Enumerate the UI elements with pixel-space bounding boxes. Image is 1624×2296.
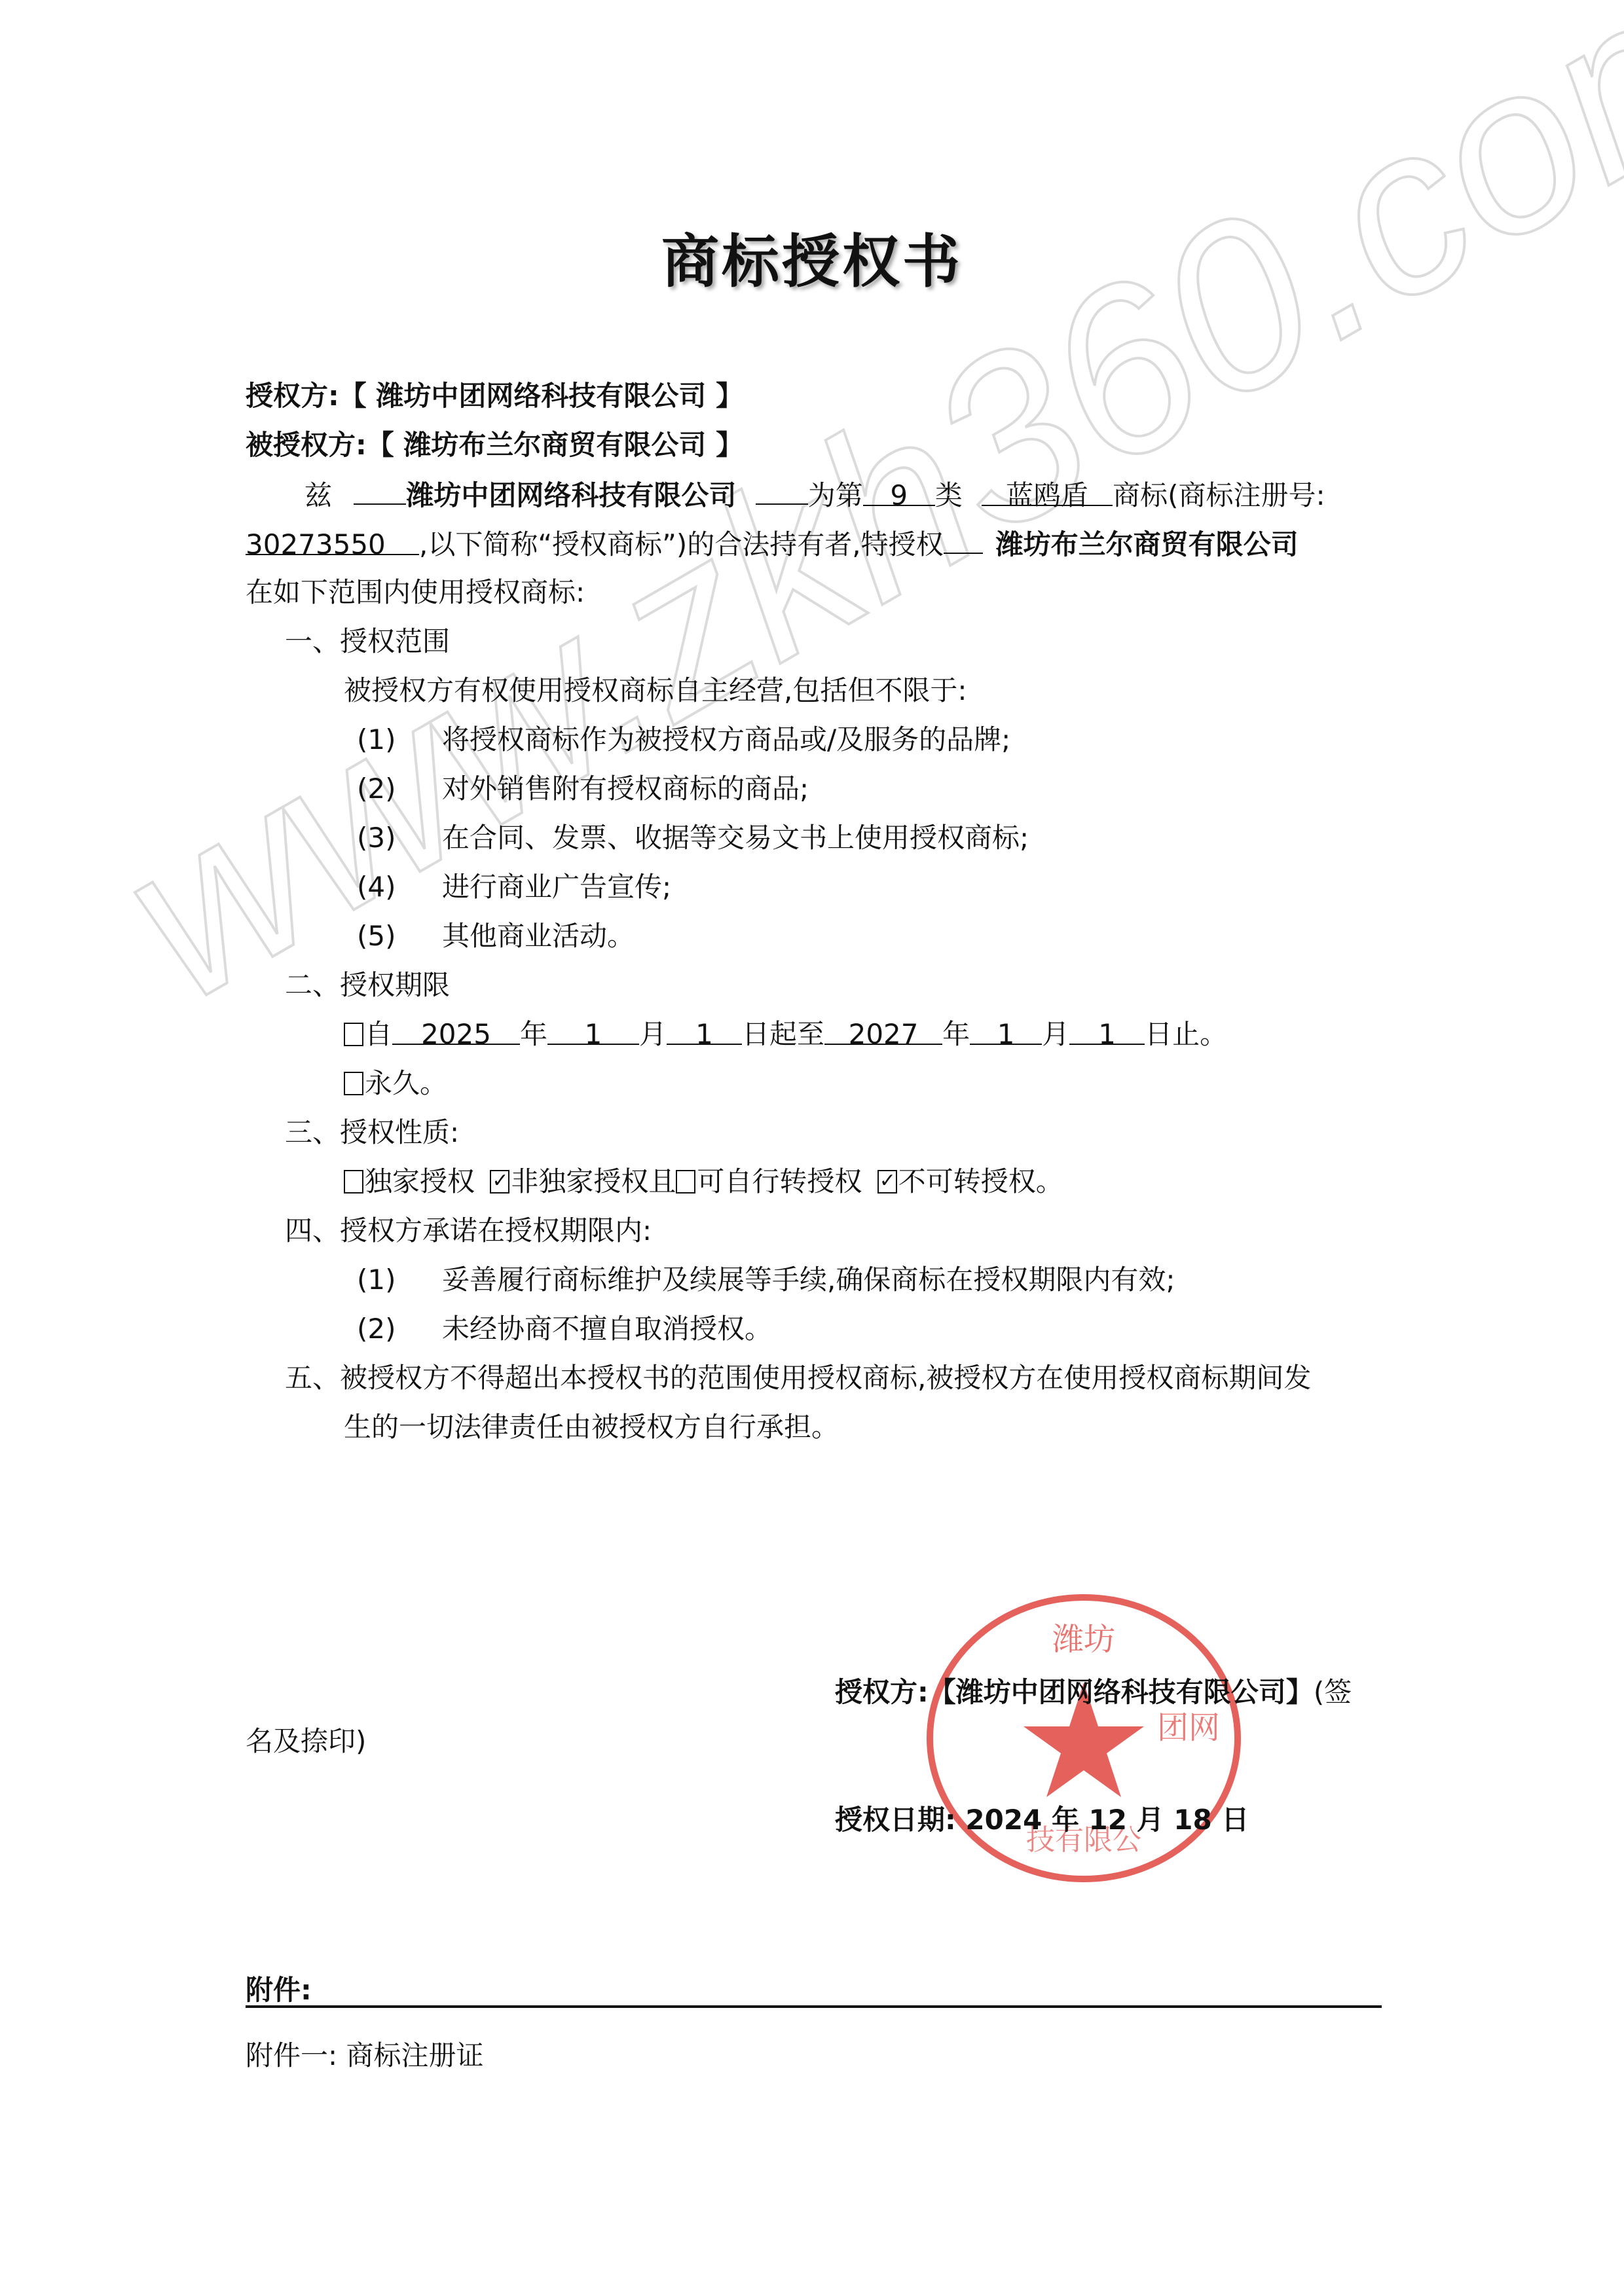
blank bbox=[354, 475, 406, 505]
year-label: 年 bbox=[520, 1018, 547, 1050]
licensee-line: 被授权方:【 潍坊布兰尔商贸有限公司 】 bbox=[246, 426, 743, 465]
licensor-name: 潍坊中团网络科技有限公司 bbox=[376, 380, 706, 412]
intro-mid-text: ,以下简称“授权商标”)的合法持有者,特授权 bbox=[419, 528, 944, 560]
company-seal-icon: 潍坊 团网 技有限公 bbox=[920, 1588, 1247, 1889]
term-dated-checkbox[interactable] bbox=[344, 1023, 363, 1046]
item-number: (2) bbox=[357, 1309, 442, 1349]
section-scope-heading: 一、授权范围 bbox=[285, 622, 450, 661]
section-commitments-heading: 四、授权方承诺在授权期限内: bbox=[285, 1211, 652, 1250]
signature-date-line: 授权日期: 2024 年 12 月 18 日 bbox=[835, 1800, 1249, 1840]
svg-text:潍坊: 潍坊 bbox=[1052, 1621, 1115, 1658]
attachments-heading: 附件: bbox=[246, 1971, 312, 2010]
sublicensable-checkbox[interactable] bbox=[676, 1170, 695, 1194]
signature-date-value: 2024 年 12 月 18 日 bbox=[965, 1804, 1249, 1836]
intro-prefix: 兹 bbox=[304, 479, 332, 511]
intro-owner: 潍坊中团网络科技有限公司 bbox=[406, 479, 736, 511]
page-title: 商标授权书 bbox=[0, 216, 1624, 299]
section-liability-line-2: 生的一切法律责任由被授权方自行承担。 bbox=[344, 1408, 839, 1447]
end-month-field: 1 bbox=[970, 1015, 1042, 1045]
intro-class-suffix: 类 bbox=[935, 479, 963, 511]
month-label: 月 bbox=[1042, 1018, 1069, 1050]
from-day-label: 日起至 bbox=[742, 1018, 824, 1050]
term-dated-option: 自2025年1月1日起至2027年1月1日止。 bbox=[344, 1015, 1227, 1054]
section-liability-line-1: 五、被授权方不得超出本授权书的范围使用授权商标,被授权方在使用授权商标期间发 bbox=[285, 1358, 1311, 1398]
class-number-field: 9 bbox=[863, 476, 935, 506]
signature-licensor-name: 【潍坊中团网络科技有限公司】 bbox=[929, 1676, 1314, 1708]
licensor-bracket-close: 】 bbox=[716, 380, 743, 412]
blank bbox=[756, 475, 808, 505]
licensor-line: 授权方:【 潍坊中团网络科技有限公司 】 bbox=[246, 376, 743, 416]
signature-licensor-label: 授权方: bbox=[835, 1676, 929, 1708]
intro-line-3: 在如下范围内使用授权商标: bbox=[246, 573, 585, 612]
intro-trademark-label: 商标(商标注册号: bbox=[1113, 479, 1325, 511]
exclusive-label: 独家授权 bbox=[365, 1165, 475, 1197]
item-text: 其他商业活动。 bbox=[442, 920, 635, 952]
term-permanent-checkbox[interactable] bbox=[344, 1072, 363, 1095]
term-from-label: 自 bbox=[365, 1018, 392, 1050]
sign-note-end: 名及捺印) bbox=[246, 1722, 366, 1761]
licensee-name: 潍坊布兰尔商贸有限公司 bbox=[403, 429, 706, 461]
non-exclusive-checkbox[interactable] bbox=[490, 1170, 509, 1194]
item-number: (1) bbox=[357, 720, 442, 759]
intro-for-class: 为第 bbox=[808, 479, 863, 511]
signature-date-label: 授权日期: bbox=[835, 1804, 956, 1836]
non-exclusive-label: 非独家授权且 bbox=[511, 1165, 676, 1197]
commitment-item: (2)未经协商不擅自取消授权。 bbox=[357, 1309, 772, 1349]
item-text: 妥善履行商标维护及续展等手续,确保商标在授权期限内有效; bbox=[442, 1264, 1175, 1296]
non-sublicensable-checkbox[interactable] bbox=[877, 1170, 897, 1194]
item-number: (1) bbox=[357, 1260, 442, 1300]
section-scope-intro: 被授权方有权使用授权商标自主经营,包括但不限于: bbox=[344, 671, 967, 710]
intro-line-2: 30273550,以下简称“授权商标”)的合法持有者,特授权潍坊布兰尔商贸有限公… bbox=[246, 524, 1299, 564]
intro-line-1: 兹 潍坊中团网络科技有限公司 为第9类 蓝鸥盾商标(商标注册号: bbox=[304, 475, 1325, 515]
signature-licensor-line: 授权方:【潍坊中团网络科技有限公司】(签 bbox=[835, 1673, 1352, 1712]
year-label: 年 bbox=[942, 1018, 970, 1050]
item-number: (2) bbox=[357, 769, 442, 809]
month-label: 月 bbox=[639, 1018, 667, 1050]
scope-item: (5)其他商业活动。 bbox=[357, 917, 635, 956]
commitment-item: (1)妥善履行商标维护及续展等手续,确保商标在授权期限内有效; bbox=[357, 1260, 1175, 1300]
item-number: (4) bbox=[357, 867, 442, 907]
licensor-label: 授权方:【 bbox=[246, 380, 367, 412]
licensee-label: 被授权方:【 bbox=[246, 429, 394, 461]
non-sublicensable-label: 不可转授权。 bbox=[898, 1165, 1063, 1197]
term-permanent-option: 永久。 bbox=[344, 1064, 447, 1103]
sublicensable-label: 可自行转授权 bbox=[697, 1165, 862, 1197]
intro-licensee: 潍坊布兰尔商贸有限公司 bbox=[996, 528, 1299, 560]
section-nature-heading: 三、授权性质: bbox=[285, 1113, 459, 1152]
sign-note-start: (签 bbox=[1314, 1676, 1352, 1708]
section-term-heading: 二、授权期限 bbox=[285, 966, 450, 1005]
item-text: 在合同、发票、收据等交易文书上使用授权商标; bbox=[442, 822, 1029, 854]
end-label: 日止。 bbox=[1145, 1018, 1227, 1050]
item-number: (3) bbox=[357, 818, 442, 858]
svg-text:团网: 团网 bbox=[1157, 1709, 1220, 1746]
scope-item: (3)在合同、发票、收据等交易文书上使用授权商标; bbox=[357, 818, 1029, 858]
scope-item: (4)进行商业广告宣传; bbox=[357, 867, 671, 907]
end-year-field: 2027 bbox=[824, 1015, 942, 1045]
blank bbox=[944, 524, 983, 554]
end-day-field: 1 bbox=[1069, 1015, 1145, 1045]
scope-item: (2)对外销售附有授权商标的商品; bbox=[357, 769, 809, 809]
attachments-divider bbox=[246, 2005, 1382, 2008]
exclusive-checkbox[interactable] bbox=[344, 1170, 363, 1194]
item-text: 对外销售附有授权商标的商品; bbox=[442, 773, 809, 805]
attachment-item: 附件一: 商标注册证 bbox=[246, 2036, 484, 2075]
licensee-bracket-close: 】 bbox=[716, 429, 743, 461]
start-month-field: 1 bbox=[547, 1015, 639, 1045]
start-day-field: 1 bbox=[667, 1015, 742, 1045]
scope-item: (1)将授权商标作为被授权方商品或/及服务的品牌; bbox=[357, 720, 1010, 759]
document-page: www.zkh360.com 商标授权书 授权方:【 潍坊中团网络科技有限公司 … bbox=[0, 0, 1624, 2296]
start-year-field: 2025 bbox=[392, 1015, 520, 1045]
item-text: 未经协商不擅自取消授权。 bbox=[442, 1313, 772, 1345]
registration-number-field: 30273550 bbox=[246, 525, 419, 555]
nature-options: 独家授权 非独家授权且可自行转授权 不可转授权。 bbox=[344, 1162, 1063, 1201]
permanent-label: 永久。 bbox=[365, 1067, 447, 1099]
item-text: 将授权商标作为被授权方商品或/及服务的品牌; bbox=[442, 723, 1010, 756]
item-number: (5) bbox=[357, 917, 442, 956]
item-text: 进行商业广告宣传; bbox=[442, 871, 671, 903]
trademark-name-field: 蓝鸥盾 bbox=[982, 476, 1113, 506]
